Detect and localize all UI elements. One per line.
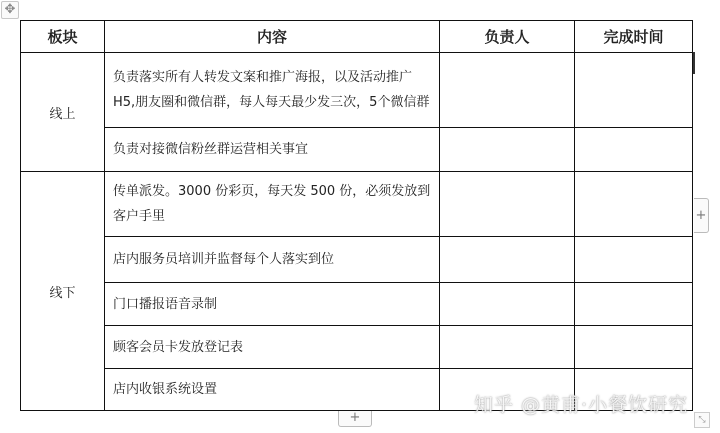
section-offline[interactable]: 线下 [21, 172, 105, 411]
add-column-button[interactable]: + [694, 198, 709, 233]
owner-cell[interactable] [440, 53, 575, 128]
resize-handle-icon[interactable]: ⤡ [694, 412, 710, 428]
header-row: 板块 内容 负责人 完成时间 [21, 21, 693, 53]
task-table: 板块 内容 负责人 完成时间 线上 负责落实所有人转发文案和推广海报，以及活动推… [20, 20, 693, 411]
content-cell[interactable]: 负责落实所有人转发文案和推广海报，以及活动推广 H5,朋友圈和微信群，每人每天最… [105, 53, 440, 128]
owner-cell[interactable] [440, 326, 575, 369]
header-section: 板块 [21, 21, 105, 53]
owner-cell[interactable] [440, 237, 575, 283]
content-cell[interactable]: 顾客会员卡发放登记表 [105, 326, 440, 369]
deadline-cell[interactable] [575, 172, 693, 237]
table-row: 线下 传单派发。3000 份彩页，每天发 500 份，必须发放到客户手里 [21, 172, 693, 237]
add-row-button[interactable]: + [338, 411, 372, 427]
table-row: 负责对接微信粉丝群运营相关事宜 [21, 128, 693, 172]
table-row: 店内服务员培训并监督每个人落实到位 [21, 237, 693, 283]
owner-cell[interactable] [440, 172, 575, 237]
deadline-cell[interactable] [575, 53, 693, 128]
text-cursor [693, 52, 695, 74]
table-move-handle-icon[interactable]: ✥ [1, 1, 19, 19]
content-cell[interactable]: 负责对接微信粉丝群运营相关事宜 [105, 128, 440, 172]
watermark: 知乎 @黄甫·小餐饮研究 [474, 390, 688, 417]
content-cell[interactable]: 店内服务员培训并监督每个人落实到位 [105, 237, 440, 283]
owner-cell[interactable] [440, 128, 575, 172]
table-row: 顾客会员卡发放登记表 [21, 326, 693, 369]
owner-cell[interactable] [440, 283, 575, 326]
deadline-cell[interactable] [575, 128, 693, 172]
content-cell[interactable]: 店内收银系统设置 [105, 369, 440, 411]
header-content: 内容 [105, 21, 440, 53]
content-cell[interactable]: 门口播报语音录制 [105, 283, 440, 326]
content-cell[interactable]: 传单派发。3000 份彩页，每天发 500 份，必须发放到客户手里 [105, 172, 440, 237]
deadline-cell[interactable] [575, 237, 693, 283]
header-owner: 负责人 [440, 21, 575, 53]
deadline-cell[interactable] [575, 326, 693, 369]
section-online[interactable]: 线上 [21, 53, 105, 172]
deadline-cell[interactable] [575, 283, 693, 326]
header-deadline: 完成时间 [575, 21, 693, 53]
table-row: 门口播报语音录制 [21, 283, 693, 326]
table-row: 线上 负责落实所有人转发文案和推广海报，以及活动推广 H5,朋友圈和微信群，每人… [21, 53, 693, 128]
